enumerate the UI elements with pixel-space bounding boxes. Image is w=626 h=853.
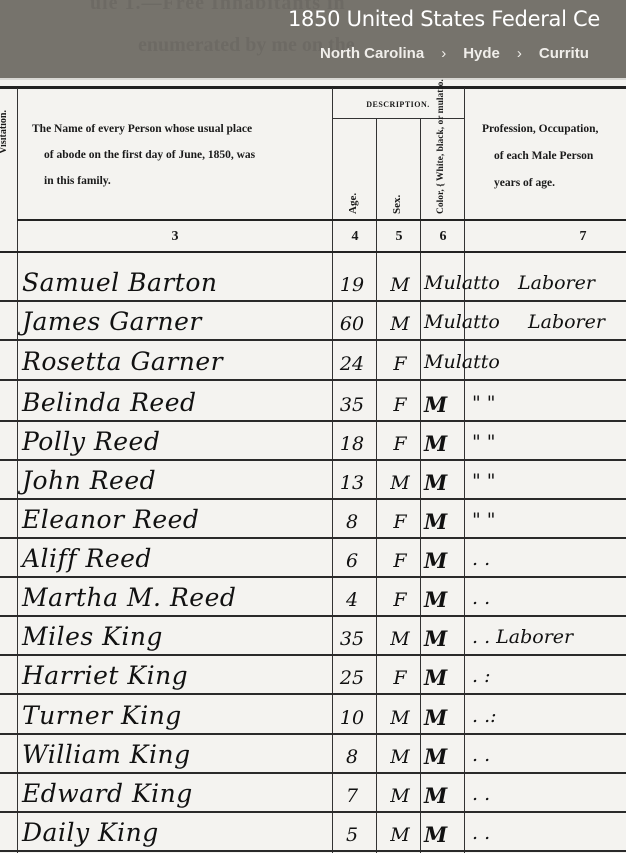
person-age: 8 [332, 746, 372, 768]
person-occupation: . . [472, 744, 490, 766]
person-color: M [424, 470, 460, 495]
person-age: 18 [332, 433, 372, 455]
person-name: Rosetta Garner [22, 347, 223, 376]
person-age: 25 [332, 667, 372, 689]
person-name: William King [22, 740, 191, 769]
row-rule [0, 693, 626, 695]
table-row: Daily King 5 M M . . [0, 814, 626, 852]
person-color: M [424, 392, 460, 417]
table-row: Harriet King 25 F M . : [0, 657, 626, 695]
person-occupation: . . Laborer [472, 626, 573, 648]
person-sex: F [382, 667, 418, 689]
name-column-header: The Name of every Person whose usual pla… [32, 116, 322, 194]
breadcrumb-separator-icon: › [517, 45, 522, 62]
person-name: James Garner [22, 307, 202, 336]
person-name: Daily King [22, 818, 159, 847]
row-rule [0, 420, 626, 422]
person-occupation: " " [472, 509, 496, 531]
row-rule [0, 537, 626, 539]
breadcrumb-district[interactable]: Curritu [539, 45, 589, 62]
person-name: Belinda Reed [22, 388, 197, 417]
visitation-label: Visitation. [0, 110, 9, 154]
person-color: M [424, 587, 460, 612]
person-name: Harriet King [22, 661, 188, 690]
table-row: Belinda Reed 35 F M " " [0, 384, 626, 422]
person-age: 35 [332, 394, 372, 416]
person-name: John Reed [22, 466, 156, 495]
person-occupation: Laborer [528, 311, 605, 333]
person-color: M [424, 431, 460, 456]
person-age: 8 [332, 511, 372, 533]
person-occupation: . . [472, 587, 490, 609]
table-row: Eleanor Reed 8 F M " " [0, 501, 626, 539]
color-column-header: Color, { White, black, or mulatto. [436, 79, 446, 214]
column-number-name: 3 [160, 229, 190, 245]
person-age: 4 [332, 589, 372, 611]
person-occupation: Laborer [518, 272, 595, 294]
table-row: William King 8 M M . . [0, 736, 626, 774]
profession-header-line3: years of age. [482, 170, 626, 197]
person-occupation: . . [472, 548, 490, 570]
person-age: 5 [332, 824, 372, 846]
row-rule [0, 850, 626, 852]
person-occupation: . . [472, 822, 490, 844]
row-rule [0, 615, 626, 617]
collection-title: 1850 United States Federal Ce [288, 7, 600, 31]
person-sex: M [382, 313, 418, 335]
row-rule [0, 733, 626, 735]
row-rule [0, 498, 626, 500]
person-age: 6 [332, 550, 372, 572]
person-occupation: " " [472, 431, 496, 453]
table-row: Miles King 35 M M . . Laborer [0, 618, 626, 656]
table-row: Edward King 7 M M . . [0, 775, 626, 813]
column-number-age: 4 [340, 229, 370, 245]
column-number-color: 6 [428, 229, 458, 245]
table-row: Turner King 10 M M . .: [0, 697, 626, 735]
person-sex: F [382, 511, 418, 533]
person-occupation: . . [472, 783, 490, 805]
top-rule [0, 86, 626, 89]
person-color: M [424, 705, 460, 730]
profession-column-header: Profession, Occupation, of each Male Per… [482, 116, 626, 197]
person-name: Martha M. Reed [22, 583, 236, 612]
visitation-column-header: Visitation. [0, 110, 14, 190]
person-occupation: " " [472, 470, 496, 492]
person-age: 19 [332, 274, 372, 296]
person-color: M [424, 744, 460, 769]
row-rule [0, 379, 626, 381]
table-row: Martha M. Reed 4 F M . . [0, 579, 626, 617]
row-rule [0, 576, 626, 578]
person-name: Edward King [22, 779, 193, 808]
table-row: John Reed 13 M M " " [0, 462, 626, 500]
collection-header: 1850 United States Federal Ce North Caro… [0, 0, 626, 78]
person-name: Miles King [22, 622, 163, 651]
person-sex: M [382, 707, 418, 729]
person-color-occupation: Mulatto [424, 272, 500, 294]
person-sex: M [382, 628, 418, 650]
person-sex: M [382, 472, 418, 494]
row-rule [0, 339, 626, 341]
table-row: Aliff Reed 6 F M . . [0, 540, 626, 578]
breadcrumb-separator-icon: › [441, 45, 446, 62]
name-header-line3: in this family. [32, 168, 322, 194]
header-bottom-rule [17, 219, 626, 221]
breadcrumb-state[interactable]: North Carolina [320, 45, 424, 62]
person-sex: F [382, 394, 418, 416]
person-occupation: " " [472, 392, 496, 414]
breadcrumb-county[interactable]: Hyde [463, 45, 500, 62]
column-number-rule [0, 251, 626, 253]
row-rule [0, 811, 626, 813]
table-row: James Garner 60 M Mulatto Laborer [0, 303, 626, 341]
table-row: Rosetta Garner 24 F Mulatto [0, 343, 626, 381]
column-number-sex: 5 [384, 229, 414, 245]
person-color: M [424, 783, 460, 808]
profession-header-line2: of each Male Person [482, 143, 626, 170]
person-sex: F [382, 353, 418, 375]
person-sex: M [382, 785, 418, 807]
person-age: 10 [332, 707, 372, 729]
age-column-header: Age. [347, 193, 359, 214]
person-name: Turner King [22, 701, 182, 730]
person-sex: M [382, 824, 418, 846]
profession-header-line1: Profession, Occupation, [482, 116, 626, 143]
person-age: 7 [332, 785, 372, 807]
person-age: 24 [332, 353, 372, 375]
table-row: Samuel Barton 19 M Mulatto Laborer [0, 264, 626, 302]
person-name: Eleanor Reed [22, 505, 199, 534]
name-header-line1: The Name of every Person whose usual pla… [32, 116, 322, 142]
table-row: Polly Reed 18 F M " " [0, 423, 626, 461]
person-color: M [424, 548, 460, 573]
person-occupation: . .: [472, 705, 497, 727]
person-color: M [424, 509, 460, 534]
person-occupation: . : [472, 665, 490, 687]
person-color-occupation: Mulatto [424, 351, 500, 373]
person-name: Aliff Reed [22, 544, 152, 573]
person-name: Samuel Barton [22, 268, 218, 297]
name-header-line2: of abode on the first day of June, 1850,… [32, 142, 322, 168]
person-color: M [424, 626, 460, 651]
breadcrumb: North Carolina › Hyde › Curritu [320, 45, 589, 62]
person-age: 60 [332, 313, 372, 335]
person-sex: M [382, 746, 418, 768]
person-age: 35 [332, 628, 372, 650]
person-name: Polly Reed [22, 427, 160, 456]
person-color: M [424, 665, 460, 690]
row-rule [0, 459, 626, 461]
person-sex: F [382, 433, 418, 455]
person-color: M [424, 822, 460, 847]
row-rule [0, 772, 626, 774]
row-rule [0, 300, 626, 302]
column-number-profession: 7 [568, 229, 598, 245]
person-age: 13 [332, 472, 372, 494]
person-sex: F [382, 550, 418, 572]
person-sex: F [382, 589, 418, 611]
row-rule [0, 654, 626, 656]
census-document-image: ule 1.—Free Inhabitants in enumerated by… [0, 0, 626, 853]
person-color-occupation: Mulatto [424, 311, 500, 333]
sex-column-header: Sex. [391, 195, 403, 214]
person-sex: M [382, 274, 418, 296]
